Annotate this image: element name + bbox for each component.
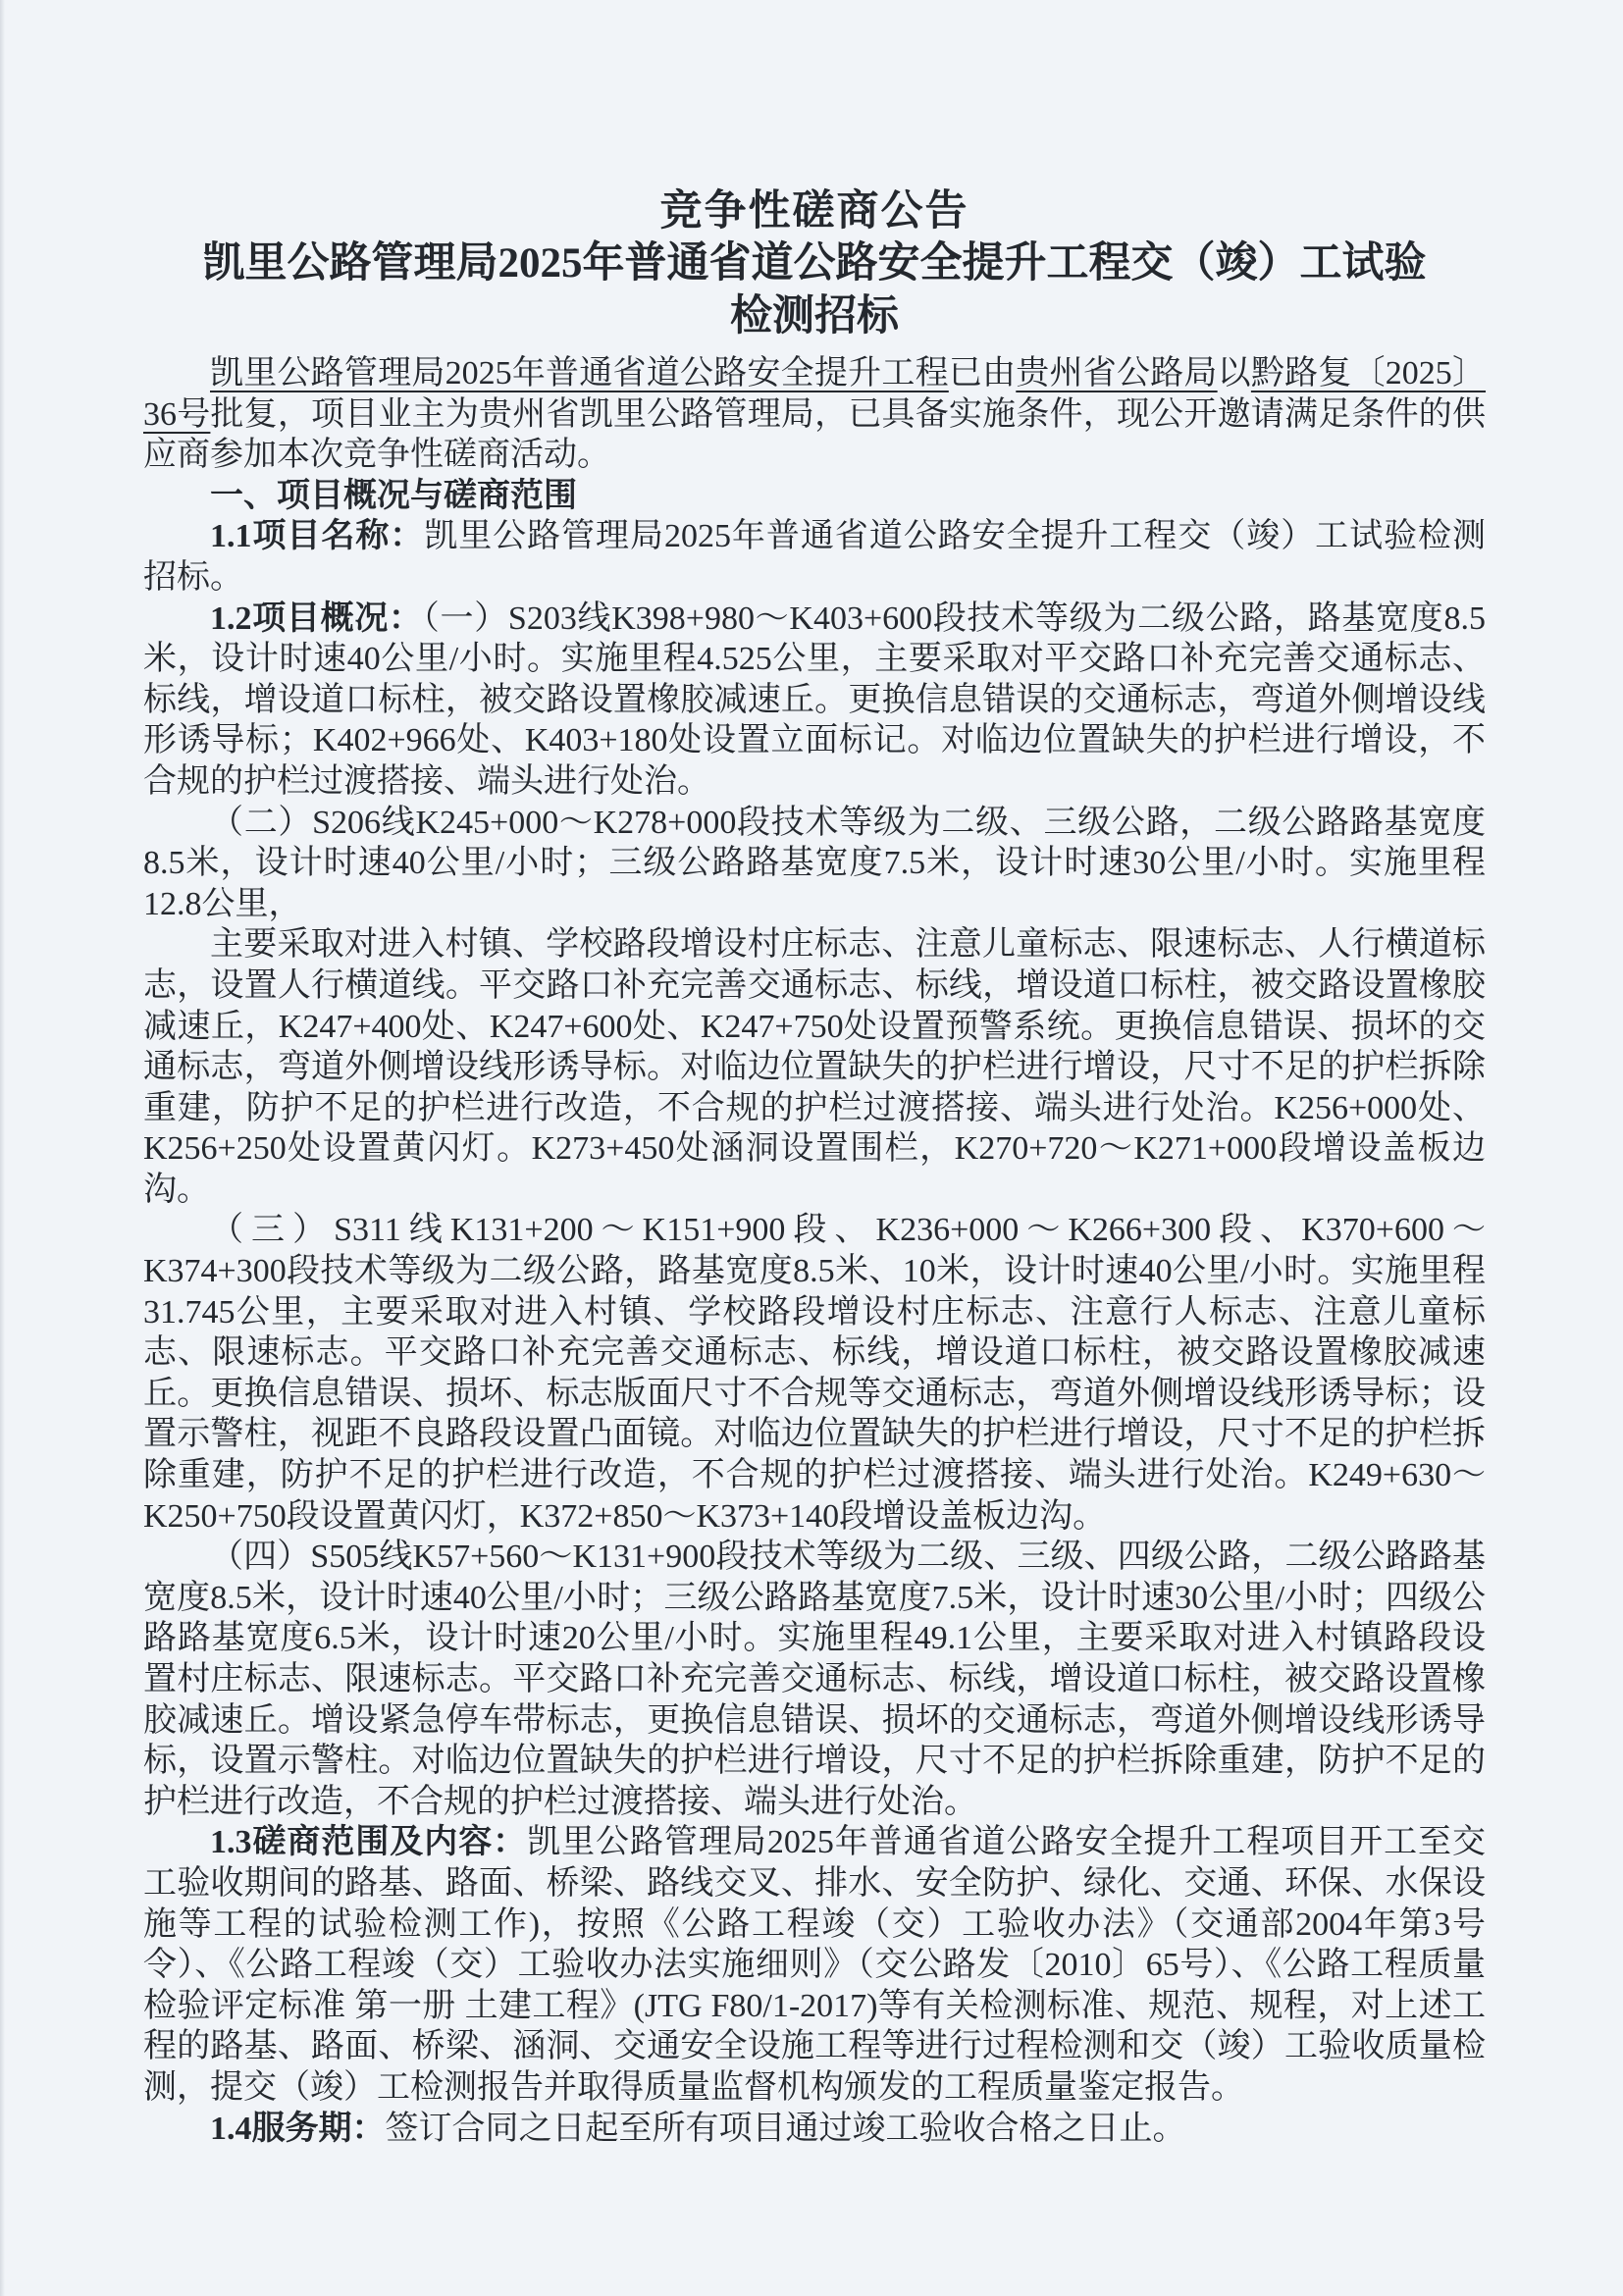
announcement-type-title: 竞争性磋商公告: [143, 186, 1486, 237]
item-text: 签订合同之日起至所有项目通过竣工验收合格之日止。: [386, 2111, 1186, 2147]
underlined-authority-name: 贵州省公路局: [1016, 355, 1217, 391]
item-label: 1.4服务期：: [210, 2111, 386, 2147]
item-1-2-project-overview: 1.2项目概况：（一）S203线K398+980～K403+600段技术等级为二…: [143, 599, 1486, 803]
overview-paragraph-4: （四）S505线K57+560～K131+900段技术等级为二级、三级、四级公路…: [143, 1537, 1486, 1822]
overview-paragraph-2: （二）S206线K245+000～K278+000段技术等级为二级、三级公路，二…: [143, 803, 1486, 925]
overview-paragraph-2-continued: 主要采取对进入村镇、学校路段增设村庄标志、注意儿童标志、限速标志、人行横道标志，…: [143, 924, 1486, 1210]
item-label: 1.1项目名称：: [210, 518, 424, 554]
document-page: 竞争性磋商公告 凯里公路管理局2025年普通省道公路安全提升工程交（竣）工试验检…: [0, 0, 1623, 2296]
overview-paragraph-3: （三）S311线K131+200～K151+900段、K236+000～K266…: [143, 1210, 1486, 1537]
document-body: 凯里公路管理局2025年普通省道公路安全提升工程已由贵州省公路局以黔路复〔202…: [143, 353, 1486, 2149]
item-text: （四）S505线K57+560～K131+900段技术等级为二级、三级、四级公路…: [143, 1539, 1486, 1820]
section-1-heading: 一、项目概况与磋商范围: [143, 476, 1486, 517]
item-1-4-service-period: 1.4服务期：签订合同之日起至所有项目通过竣工验收合格之日止。: [143, 2109, 1486, 2150]
item-label: 1.3磋商范围及内容：: [210, 1824, 527, 1860]
intro-text: 以: [1218, 355, 1251, 391]
item-1-3-scope: 1.3磋商范围及内容：凯里公路管理局2025年普通省道公路安全提升工程项目开工至…: [143, 1822, 1486, 2108]
intro-text: 已由: [949, 355, 1016, 391]
item-text: （三）S311线K131+200～K151+900段、K236+000～K266…: [143, 1212, 1486, 1534]
item-text: 主要采取对进入村镇、学校路段增设村庄标志、注意儿童标志、限速标志、人行横道标志，…: [143, 926, 1486, 1208]
item-text: 凯里公路管理局2025年普通省道公路安全提升工程项目开工至交工验收期间的路基、路…: [143, 1824, 1486, 2106]
intro-text: 批复，项目业主为贵州省凯里公路管理局，已具备实施条件，现公开邀请满足条件的供应商…: [143, 396, 1486, 474]
underlined-project-name: 凯里公路管理局2025年普通省道公路安全提升工程: [210, 355, 949, 391]
section-heading-text: 一、项目概况与磋商范围: [210, 478, 577, 514]
document-title: 凯里公路管理局2025年普通省道公路安全提升工程交（竣）工试验检测招标: [190, 237, 1439, 343]
intro-paragraph: 凯里公路管理局2025年普通省道公路安全提升工程已由贵州省公路局以黔路复〔202…: [143, 353, 1486, 476]
item-text: （二）S206线K245+000～K278+000段技术等级为二级、三级公路，二…: [143, 805, 1486, 922]
item-1-1-project-name: 1.1项目名称：凯里公路管理局2025年普通省道公路安全提升工程交（竣）工试验检…: [143, 516, 1486, 598]
item-label: 1.2项目概况：: [210, 600, 423, 637]
